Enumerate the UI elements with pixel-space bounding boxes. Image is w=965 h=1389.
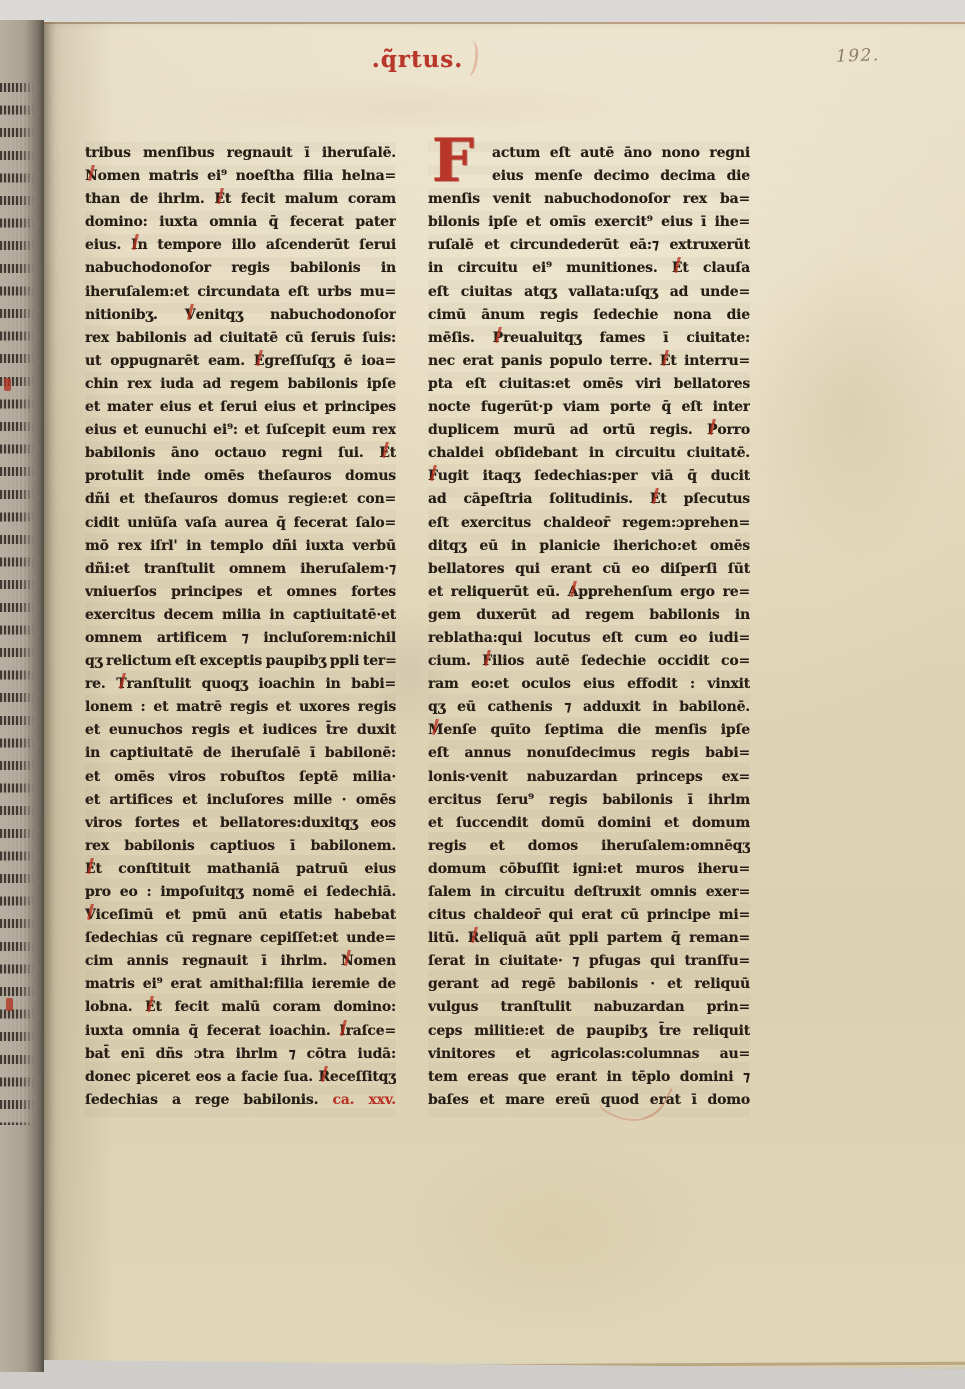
text-line: ram eo:et oculos eius effodit : vinxit: [428, 673, 750, 696]
text-line: protulit inde omēs theſauros domus: [85, 465, 396, 488]
text-line: ercitus ſeru⁹ regis babilonis ī ihrlm: [428, 789, 750, 812]
text-line: re. Tranſtulit quoqʒ ioachin in babi=: [85, 673, 396, 696]
text-line: gem duxerūt ad regem babilonis in: [428, 604, 750, 627]
text-line: than de ihrlm. Et fecit malum coram: [85, 188, 396, 211]
text-line: cium. Filios autē ſedechie occidit co=: [428, 650, 750, 673]
facing-page-edge: [0, 20, 44, 1372]
text-line: et artifices et incluſores mille · omēs: [85, 789, 396, 812]
text-line: regis et domos iheruſalem:omnēqʒ: [428, 835, 750, 858]
text-line: citus chaldeor̄ qui erat cū principe mi=: [428, 904, 750, 927]
text-line: Et conſtituit mathaniā patruū eius: [85, 858, 396, 881]
text-line: nitionibʒ. Venitqʒ nabuchodonoſor: [85, 304, 396, 327]
text-line: rex babilonis captiuos ī babilonem.: [85, 835, 396, 858]
text-line: vniuerſos principes et omnes fortes: [85, 581, 396, 604]
text-line: ſalem in circuitu deſtruxit omnis exer=: [428, 881, 750, 904]
text-line: reblatha:qui locutus eſt cum eo iudi=: [428, 627, 750, 650]
text-line: chin rex iuda ad regem babilonis ipſe: [85, 373, 396, 396]
text-line: viros fortes et bellatores:duxitqʒ eos: [85, 812, 396, 835]
text-line: bat̄ enī dñs ɔtra ihrlm ⁊ cōtra iudā:: [85, 1043, 396, 1066]
text-line: eſt ciuitas atqʒ vallata:uſqʒ ad unde=: [428, 281, 750, 304]
text-line: mēſis. Preualuitqʒ fames ī ciuitate:: [428, 327, 750, 350]
text-line: domino: iuxta omnia q̄ fecerat pater: [85, 211, 396, 234]
text-line: lobna. Et fecit malū coram domino:: [85, 996, 396, 1019]
text-line: in circuitu ei⁹ munitiones. Et clauſa: [428, 257, 750, 280]
text-line: eius. In tempore illo aſcenderūt ſerui: [85, 234, 396, 257]
illuminated-initial: F: [422, 133, 484, 189]
text-line: babilonis āno octauo regni ſui. Et: [85, 442, 396, 465]
text-line: vulgus tranſtulit nabuzardan prin=: [428, 996, 750, 1019]
manuscript-page: .q̃rtus. 192. tribus menſibus regnauit ī…: [44, 22, 965, 1369]
text-line: nocte fugerūt·p viam porte q̄ eſt inter: [428, 396, 750, 419]
right-text-column: F actum eſt autē āno nono regnieius menſ…: [428, 142, 750, 1117]
stain: [164, 82, 664, 132]
page-top-edge: [44, 22, 965, 24]
text-line: pro eo : impoſuitqʒ nomē ei ſedechiā.: [85, 881, 396, 904]
text-line: gerant ad regē babilonis · et reliquū: [428, 973, 750, 996]
manuscript-scan: .q̃rtus. 192. tribus menſibus regnauit ī…: [0, 0, 965, 1389]
text-line: nec erat panis populo terre. Et interru=: [428, 350, 750, 373]
text-line: tem ereas que erant in tēplo domini ⁊: [428, 1066, 750, 1089]
text-line: cim annis regnauit ī ihrlm. Nomen: [85, 950, 396, 973]
text-line: exercitus decem milia in captiuitatē·et: [85, 604, 396, 627]
text-line: Viceſimū et pmū anū etatis habebat: [85, 904, 396, 927]
folio-number: 192.: [836, 45, 881, 67]
text-line: ut oppugnarēt eam. Egreſſuſqʒ ē ioa=: [85, 350, 396, 373]
text-line: omnem artificem ⁊ incluſorem:nichil: [85, 627, 396, 650]
text-line: et reliquerūt eū. Apprehenſum ergo re=: [428, 581, 750, 604]
text-line: bilonis ipſe et omīs exercit⁹ eius ī ihe…: [428, 211, 750, 234]
red-rubric-fleck: [6, 998, 13, 1011]
text-line: Menſe quīto ſeptima die menſis ipſe: [428, 719, 750, 742]
text-line: Nomen matris ei⁹ noeſtha filia helna=: [85, 165, 396, 188]
text-line: bellatores qui erant cū eo diſperſi ſūt: [428, 558, 750, 581]
text-line: ditqʒ eū in planicie ihericho:et omēs: [428, 535, 750, 558]
text-line: ſerat in ciuitate· ⁊ pfugas qui tranſfu=: [428, 950, 750, 973]
text-line: eſt exercitus chaldeor̄ regem:ɔprehen=: [428, 512, 750, 535]
stain: [744, 242, 959, 572]
text-line: Fugit itaqʒ ſedechias:per viā q̄ ducit: [428, 465, 750, 488]
red-rubric-fleck: [4, 378, 11, 391]
text-line: litū. Reliquā aūt ppli partem q̄ reman=: [428, 927, 750, 950]
text-line: lonem : et matrē regis et uxores regis: [85, 696, 396, 719]
text-line: et ſuccendit domū domini et domum: [428, 812, 750, 835]
text-line: eſt annus nonuſdecimus regis babi=: [428, 742, 750, 765]
text-line: qʒ eū cathenis ⁊ adduxit in babilonē.: [428, 696, 750, 719]
text-line: et mater eius et ſerui eius et principes: [85, 396, 396, 419]
text-line: tribus menſibus regnauit ī iheruſalē.: [85, 142, 396, 165]
text-line: nabuchodonoſor regis babilonis in: [85, 257, 396, 280]
text-line: rex babilonis ad ciuitatē cū ſeruis ſuis…: [85, 327, 396, 350]
text-line: dñi:et tranſtulit omnem iheruſalem·⁊: [85, 558, 396, 581]
left-text-column: tribus menſibus regnauit ī iheruſalē.Nom…: [85, 142, 396, 1117]
text-line: ſedechias a rege babilonis. ca. xxv.: [85, 1089, 396, 1112]
text-line: domum cōbuſſit igni:et muros iheru=: [428, 858, 750, 881]
text-line: ruſalē et circundederūt eā:⁊ extruxerūt: [428, 234, 750, 257]
text-line: qʒ relictum eſt exceptis paupibʒ ppli te…: [85, 650, 396, 673]
text-line: ſedechias cū regnare cepiſſet:et unde=: [85, 927, 396, 950]
text-line: chaldei obſidebant in circuitu ciuitatē.: [428, 442, 750, 465]
text-line: in captiuitatē de iheruſalē ī babilonē:: [85, 742, 396, 765]
text-line: duplicem murū ad ortū regis. Porro: [428, 419, 750, 442]
text-block: tribus menſibus regnauit ī iheruſalē.Nom…: [85, 142, 750, 1117]
text-line: lonis·venit nabuzardan princeps ex=: [428, 766, 750, 789]
text-line: pta eſt ciuitas:et omēs viri bellatores: [428, 373, 750, 396]
text-line: mō rex iſrl' in templo dñi iuxta verbū: [85, 535, 396, 558]
text-line: matris ei⁹ erat amithal:filia ieremie de: [85, 973, 396, 996]
text-line: dñi et theſauros domus regie:et con=: [85, 488, 396, 511]
facing-page-text-fragments: [0, 83, 34, 1125]
text-line: iheruſalem:et circundata eſt urbs mu=: [85, 281, 396, 304]
text-line: vinitores et agricolas:columnas au=: [428, 1043, 750, 1066]
text-line: eius et eunuchi ei⁹: et ſuſcepit eum rex: [85, 419, 396, 442]
text-line: et eunuchos regis et iudices t̄re duxit: [85, 719, 396, 742]
text-line: menſis venit nabuchodonoſor rex ba=: [428, 188, 750, 211]
text-line: donec piceret eos a facie ſua. Receſſitq…: [85, 1066, 396, 1089]
text-line: ad cāpeſtria ſolitudinis. Et pſecutus: [428, 488, 750, 511]
text-line: baſes et mare ereū quod erat ī domo: [428, 1089, 750, 1112]
text-line: cimū ānum regis ſedechie nona die: [428, 304, 750, 327]
text-line: cidit uniūſa vaſa aurea q̄ fecerat ſalo=: [85, 512, 396, 535]
text-line: iuxta omnia q̄ fecerat ioachin. Iraſce=: [85, 1020, 396, 1043]
text-line: ceps militie:et de paupibʒ t̄re reliquit: [428, 1020, 750, 1043]
stain: [384, 1132, 724, 1342]
text-line: et omēs viros robuſtos ſeptē milia·: [85, 766, 396, 789]
running-header: .q̃rtus.: [85, 46, 750, 73]
